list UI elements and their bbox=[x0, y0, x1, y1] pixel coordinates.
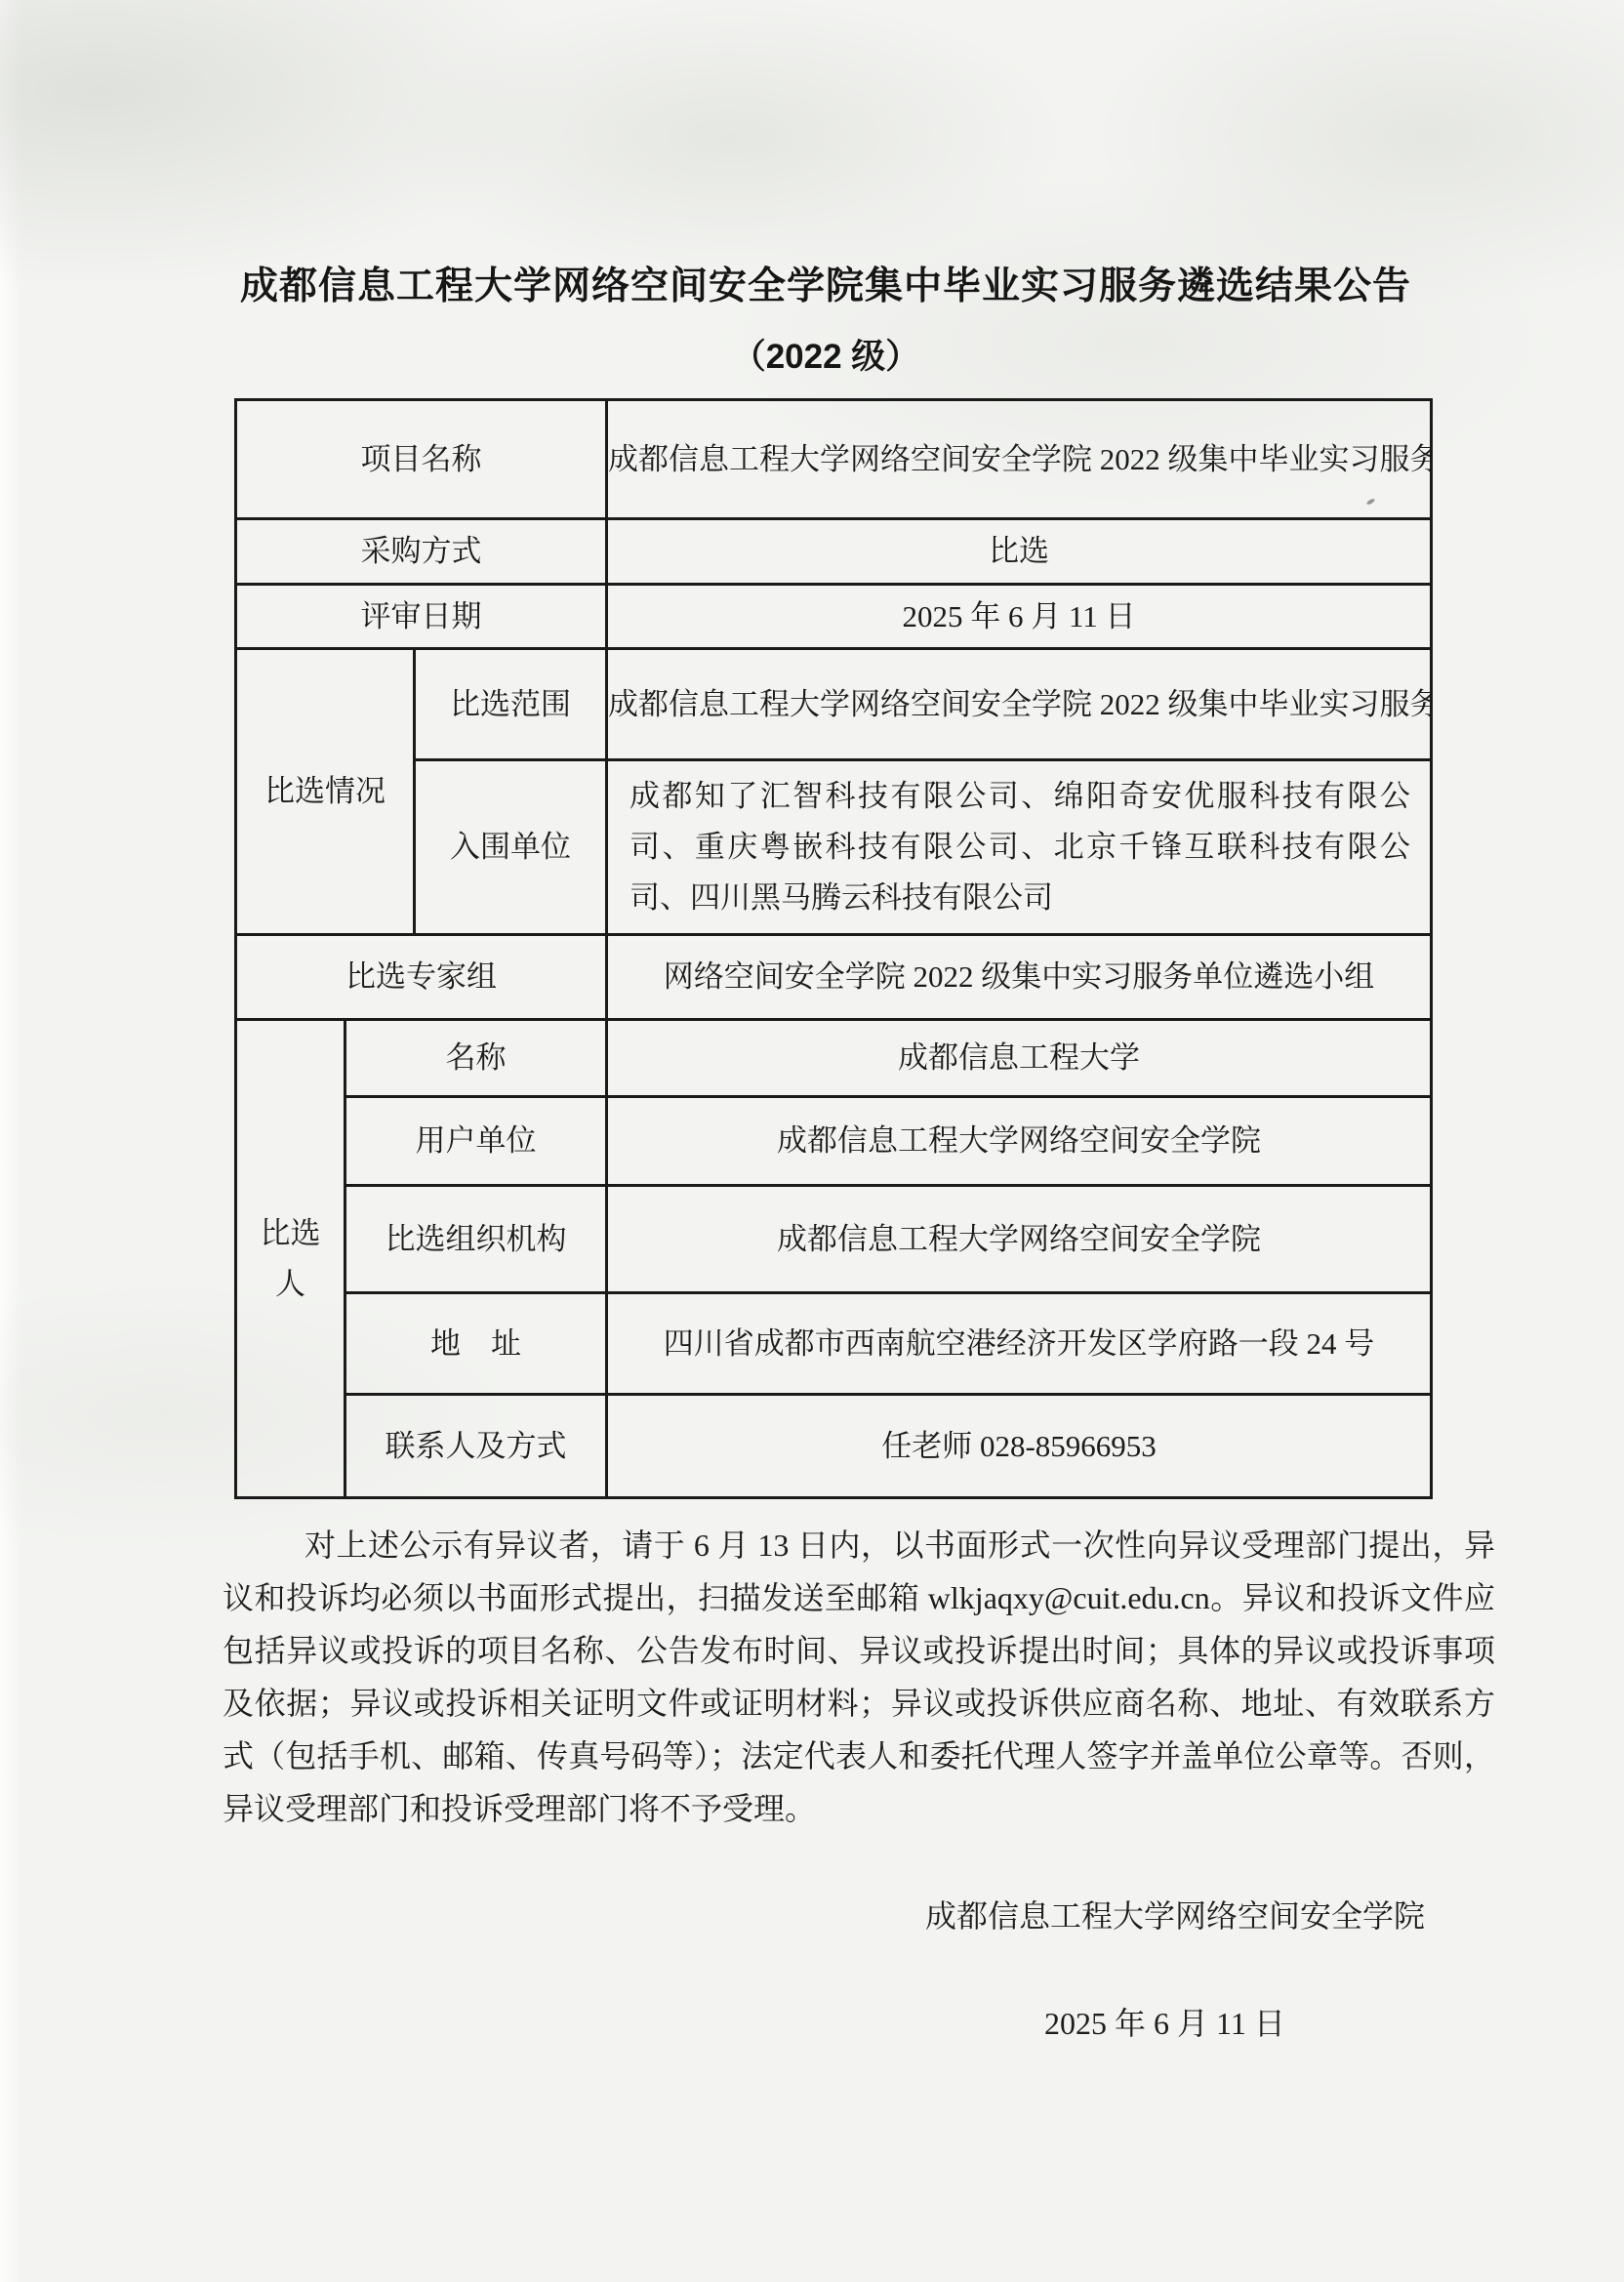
table-row: 比选人 名称 成都信息工程大学 bbox=[236, 1020, 1432, 1097]
page-subtitle: （2022 级） bbox=[14, 330, 1624, 379]
table-row: 联系人及方式 任老师 028-85966953 bbox=[236, 1395, 1432, 1498]
table-row: 用户单位 成都信息工程大学网络空间安全学院 bbox=[236, 1097, 1432, 1186]
table-row: 比选情况 比选范围 成都信息工程大学网络空间安全学院 2022 级集中毕业实习服… bbox=[236, 649, 1432, 760]
table-row: 项目名称 成都信息工程大学网络空间安全学院 2022 级集中毕业实习服务 bbox=[236, 400, 1432, 519]
page-title: 成都信息工程大学网络空间安全学院集中毕业实习服务遴选结果公告 bbox=[14, 256, 1624, 310]
selector-label: 比选人 bbox=[236, 1020, 345, 1498]
expert-group-value: 网络空间安全学院 2022 级集中实习服务单位遴选小组 bbox=[607, 935, 1432, 1020]
table-row: 入围单位 成都知了汇智科技有限公司、绵阳奇安优服科技有限公司、重庆粤嵌科技有限公… bbox=[236, 760, 1432, 935]
contact-value: 任老师 028-85966953 bbox=[607, 1395, 1432, 1498]
user-unit-value: 成都信息工程大学网络空间安全学院 bbox=[607, 1097, 1432, 1186]
organizer-value: 成都信息工程大学网络空间安全学院 bbox=[607, 1186, 1432, 1293]
comparison-scope-label: 比选范围 bbox=[415, 649, 607, 760]
objection-notice-paragraph: 对上述公示有异议者，请于 6 月 13 日内，以书面形式一次性向异议受理部门提出… bbox=[223, 1519, 1495, 1835]
procurement-method-label: 采购方式 bbox=[236, 519, 607, 585]
info-table: 项目名称 成都信息工程大学网络空间安全学院 2022 级集中毕业实习服务 采购方… bbox=[234, 398, 1433, 1499]
table-row: 采购方式 比选 bbox=[236, 519, 1432, 585]
review-date-label: 评审日期 bbox=[236, 585, 607, 649]
issue-date: 2025 年 6 月 11 日 bbox=[1044, 1999, 1285, 2044]
comparison-scope-value: 成都信息工程大学网络空间安全学院 2022 级集中毕业实习服务 bbox=[607, 649, 1432, 760]
project-name-label: 项目名称 bbox=[236, 400, 607, 519]
shortlisted-units-label: 入围单位 bbox=[415, 760, 607, 935]
selector-name-value: 成都信息工程大学 bbox=[607, 1020, 1432, 1097]
table-row: 比选专家组 网络空间安全学院 2022 级集中实习服务单位遴选小组 bbox=[236, 935, 1432, 1020]
shortlisted-units-value: 成都知了汇智科技有限公司、绵阳奇安优服科技有限公司、重庆粤嵌科技有限公司、北京千… bbox=[607, 760, 1432, 935]
organizer-label: 比选组织机构 bbox=[345, 1186, 607, 1293]
issuer-signature: 成都信息工程大学网络空间安全学院 bbox=[925, 1892, 1425, 1936]
table-row: 评审日期 2025 年 6 月 11 日 bbox=[236, 585, 1432, 649]
expert-group-label: 比选专家组 bbox=[236, 935, 607, 1020]
procurement-method-value: 比选 bbox=[607, 519, 1432, 585]
review-date-value: 2025 年 6 月 11 日 bbox=[607, 585, 1432, 649]
project-name-value: 成都信息工程大学网络空间安全学院 2022 级集中毕业实习服务 bbox=[607, 400, 1432, 519]
selector-name-label: 名称 bbox=[345, 1020, 607, 1097]
table-row: 地 址 四川省成都市西南航空港经济开发区学府路一段 24 号 bbox=[236, 1293, 1432, 1395]
comparison-status-label: 比选情况 bbox=[236, 649, 415, 935]
address-label: 地 址 bbox=[345, 1293, 607, 1395]
table-row: 比选组织机构 成都信息工程大学网络空间安全学院 bbox=[236, 1186, 1432, 1293]
document-page: 成都信息工程大学网络空间安全学院集中毕业实习服务遴选结果公告 （2022 级） … bbox=[0, 0, 1624, 2282]
address-value: 四川省成都市西南航空港经济开发区学府路一段 24 号 bbox=[607, 1293, 1432, 1395]
contact-label: 联系人及方式 bbox=[345, 1395, 607, 1498]
user-unit-label: 用户单位 bbox=[345, 1097, 607, 1186]
